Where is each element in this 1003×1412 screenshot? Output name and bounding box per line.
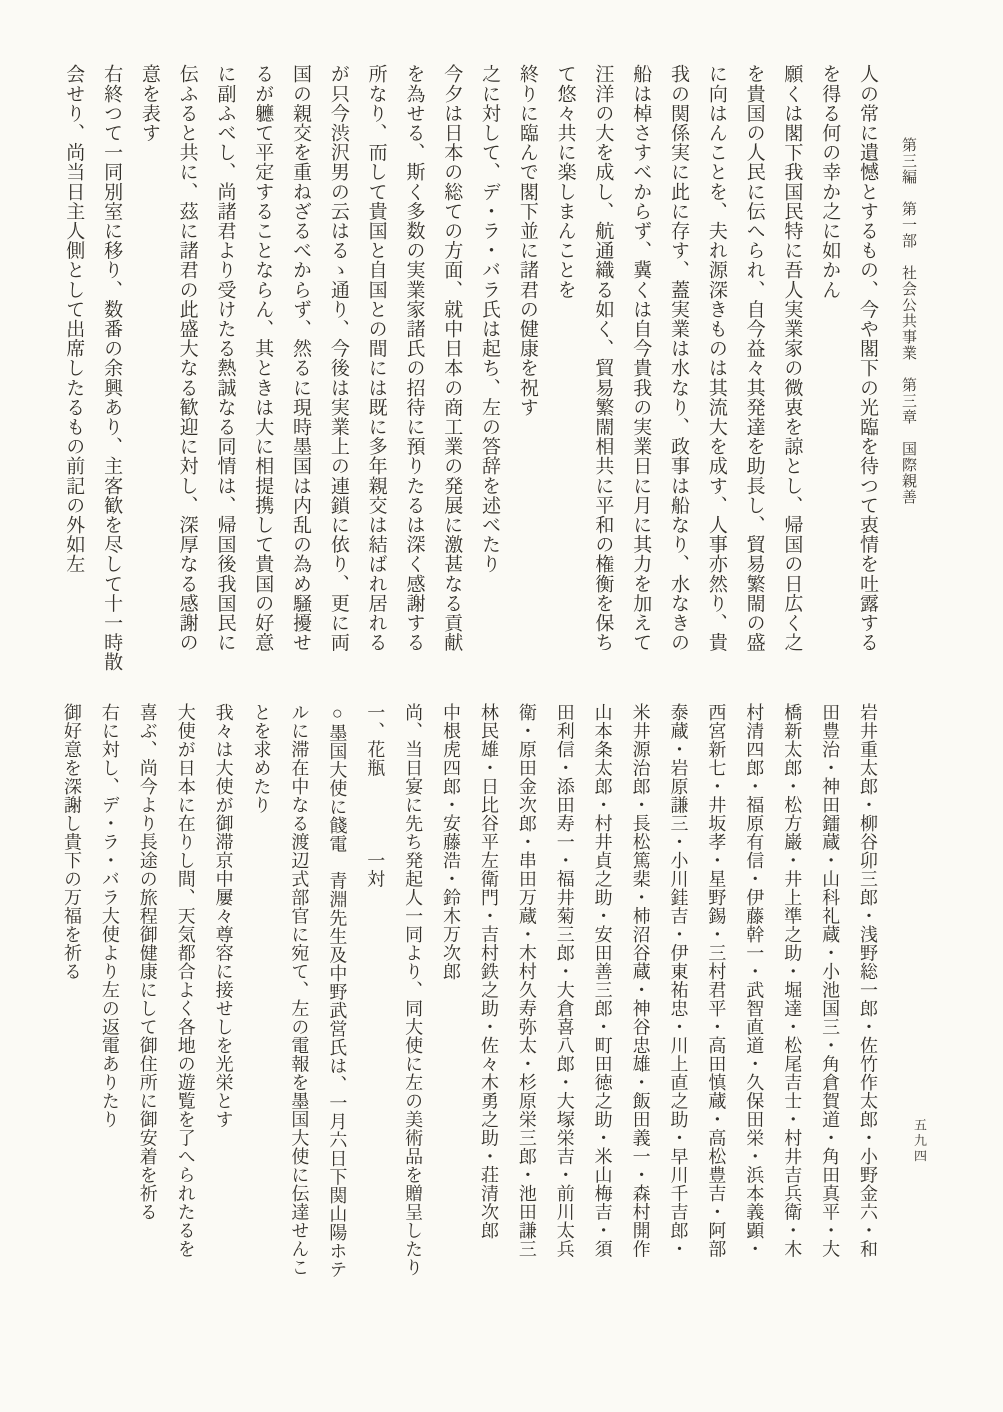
telegram-text-column: 我々は大使が御滞京中屢々尊容に接せしを光栄とす [204,703,242,1311]
text-column: に向はんことを、夫れ源深きものは其流大を成す、人事亦然り、貴 [697,64,735,716]
page-number: 五九四 [910,1118,929,1165]
text-column: が只今渋沢男の云はるゝ通り、今後は実業上の連鎖に依り、更に両 [319,64,357,716]
name-list-column: 田利信・添田寿一・福井菊三郎・大倉喜八郎・大塚栄吉・前川太兵 [545,703,583,1311]
text-column: 意を表す [130,64,168,716]
text-column: て悠々共に楽しまんことを [546,64,584,716]
gift-item-line: 一、花瓶 一対 [355,703,393,1311]
name-list-column: 米井源治郎・長松篤棐・柿沼谷蔵・神谷忠雄・飯田義一・森村開作 [621,703,659,1311]
text-column: を貴国の人民に伝へられ、自今益々其発達を助長し、貿易繁閙の盛 [735,64,773,716]
text-column: 今夕は日本の総ての方面、就中日本の商工業の発展に激甚なる貢献 [432,64,470,716]
text-column: を得る何の幸か之に如かん [810,64,848,716]
text-column: 右終つて一同別室に移り、数番の余興あり、主客歓を尽して十一時散 [92,64,130,716]
text-column: 人の常に遺憾とするもの、今や閣下の光臨を待つて衷情を吐露する [848,64,886,716]
text-column: 願くは閣下我国民特に吾人実業家の微衷を諒とし、帰国の日広く之 [773,64,811,716]
text-column: 国の親交を重ねざるべからず、然るに現時墨国は内乱の為め騒擾せ [281,64,319,716]
telegram-text-column: 喜ぶ、尚今より長途の旅程御健康にして御住所に御安着を祈る [128,703,166,1311]
name-list-column: 衛・原田金次郎・串田万蔵・木村久寿弥太・杉原栄三郎・池田謙三 [507,703,545,1311]
text-column: るが軈て平定することならん、其ときは大に相提携して貴国の好意 [243,64,281,716]
telegram-heading-column: ○墨国大使に餞電 青淵先生及中野武営氏は、一月六日下関山陽ホテ [317,703,355,1311]
text-column: 終りに臨んで閣下並に諸君の健康を祝す [508,64,546,716]
telegram-text-column: 御好意を深謝し貴下の万福を祈る [52,703,90,1311]
name-list-column: 山本条太郎・村井貞之助・安田善三郎・町田徳之助・米山梅吉・須 [583,703,621,1311]
text-column: 尚、当日宴に先ち発起人一同より、同大使に左の美術品を贈呈したり [393,703,431,1311]
text-column: 所なり、而して貴国と自国との間には既に多年親交は結ばれ居れる [357,64,395,716]
name-list-column: 林民雄・日比谷平左衛門・吉村鉄之助・佐々木勇之助・荘清次郎 [469,703,507,1311]
text-column: ルに滞在中なる渡辺式部官に宛て、左の電報を墨国大使に伝達せんこ [280,703,318,1311]
telegram-text-column: 大使が日本に在りし間、天気都合よく各地の遊覧を了へられたるを [166,703,204,1311]
text-column: とを求めたり [242,703,280,1311]
name-list-column: 田豊治・神田鐳蔵・山科礼蔵・小池国三・角倉賀道・角田真平・大 [810,703,848,1311]
book-page: 第三編 第一部 社会公共事業 第三章 国際親善 五九四 人の常に遺憾とするもの、… [0,0,1003,1412]
name-list-column: 泰蔵・岩原謙三・小川銈吉・伊東祐忠・川上直之助・早川千吉郎・ [659,703,697,1311]
upper-text-block: 人の常に遺憾とするもの、今や閣下の光臨を待つて衷情を吐露する を得る何の幸か之に… [54,64,886,716]
text-column: 我の関係実に此に存す、蓋実業は水なり、政事は船なり、水なきの [659,64,697,716]
text-column: 会せり、尚当日主人側として出席したるもの前記の外如左 [54,64,92,716]
text-column: 之に対して、デ・ラ・バラ氏は起ち、左の答辞を述べたり [470,64,508,716]
name-list-column: 橋新太郎・松方巌・井上準之助・堀達・松尾吉士・村井吉兵衛・木 [772,703,810,1311]
name-list-column: 村清四郎・福原有信・伊藤幹一・武智直道・久保田栄・浜本義顕・ [734,703,772,1311]
lower-text-block: 岩井重太郎・柳谷卯三郎・浅野総一郎・佐竹作太郎・小野金六・和 田豊治・神田鐳蔵・… [52,703,886,1311]
text-column: に副ふべし、尚諸君より受けたる熱誠なる同情は、帰国後我国民に [206,64,244,716]
name-list-column: 中根虎四郎・安藤浩・鈴木万次郎 [431,703,469,1311]
text-column: 右に対し、デ・ラ・バラ大使より左の返電ありたり [90,703,128,1311]
text-column: 汪洋の大を成し、航通織る如く、貿易繁閙相共に平和の権衡を保ち [584,64,622,716]
text-column: 船は棹さすべからず、冀くは自今貴我の実業日に月に其力を加えて [621,64,659,716]
text-column: 伝ふると共に、茲に諸君の此盛大なる歓迎に対し、深厚なる感謝の [168,64,206,716]
text-column: を為せる、斯く多数の実業家諸氏の招待に預りたるは深く感謝する [395,64,433,716]
running-head: 第三編 第一部 社会公共事業 第三章 国際親善 [898,137,919,505]
name-list-column: 岩井重太郎・柳谷卯三郎・浅野総一郎・佐竹作太郎・小野金六・和 [848,703,886,1311]
name-list-column: 西宮新七・井坂孝・星野錫・三村君平・高田慎蔵・高松豊吉・阿部 [696,703,734,1311]
